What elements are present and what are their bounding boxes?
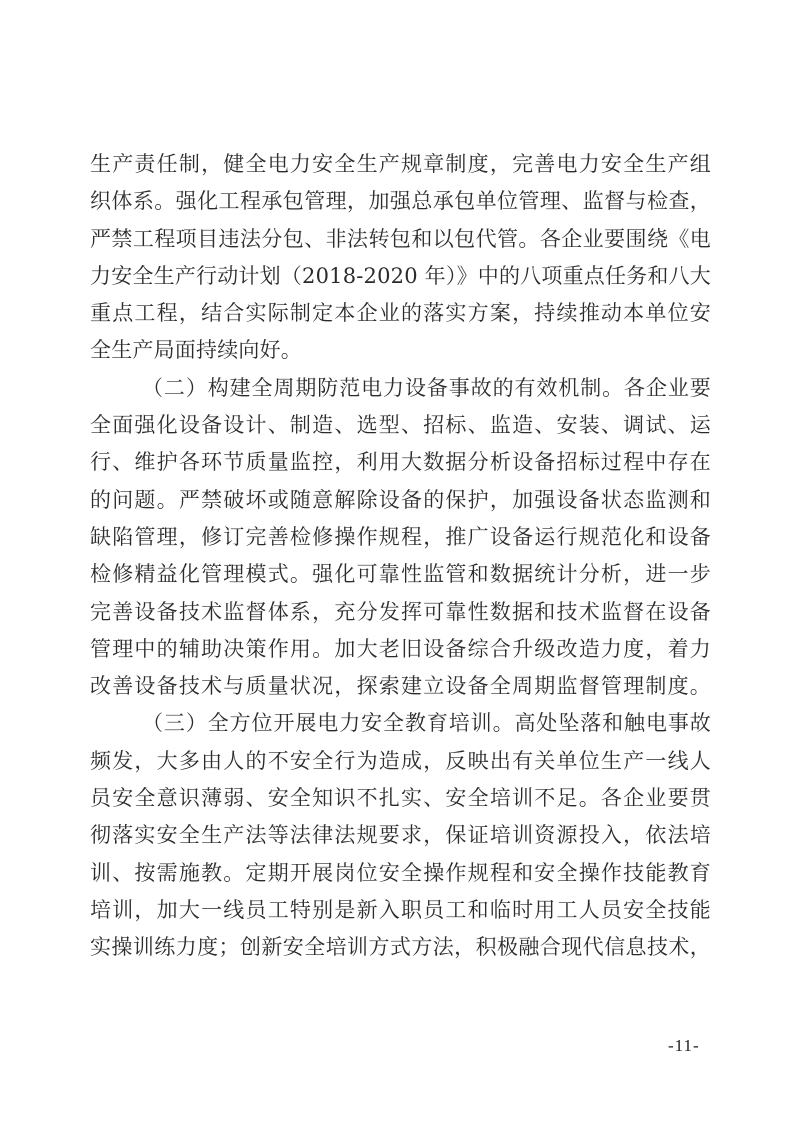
text-line: 重点工程，结合实际制定本企业的落实方案，持续推动本单位安 [90, 295, 711, 332]
page-number: -11- [668, 1036, 700, 1056]
text-line: 员安全意识薄弱、安全知识不扎实、安全培训不足。各企业要贯 [90, 780, 711, 817]
text-line: 织体系。强化工程承包管理，加强总承包单位管理、监督与检查， [90, 183, 711, 220]
text-line: 实操训练力度；创新安全培训方式方法，积极融合现代信息技术， [90, 929, 711, 966]
text-line: 检修精益化管理模式。强化可靠性监管和数据统计分析，进一步 [90, 556, 711, 593]
text-line: （二）构建全周期防范电力设备事故的有效机制。各企业要 [90, 370, 711, 407]
text-line: 全面强化设备设计、制造、选型、招标、监造、安装、调试、运 [90, 407, 711, 444]
text-line: 频发，大多由人的不安全行为造成，反映出有关单位生产一线人 [90, 743, 711, 780]
text-line: 行、维护各环节质量监控，利用大数据分析设备招标过程中存在 [90, 444, 711, 481]
text-line: 培训，加大一线员工特别是新入职员工和临时用工人员安全技能 [90, 892, 711, 929]
text-line: 全生产局面持续向好。 [90, 332, 711, 369]
paragraph-1: 生产责任制，健全电力安全生产规章制度，完善电力安全生产组 织体系。强化工程承包管… [90, 146, 711, 370]
text-line: 缺陷管理，修订完善检修操作规程，推广设备运行规范化和设备 [90, 519, 711, 556]
text-line: 训、按需施教。定期开展岗位安全操作规程和安全操作技能教育 [90, 855, 711, 892]
text-line: 彻落实安全生产法等法律法规要求，保证培训资源投入，依法培 [90, 817, 711, 854]
document-body-text: 生产责任制，健全电力安全生产规章制度，完善电力安全生产组 织体系。强化工程承包管… [90, 146, 711, 967]
text-line: 完善设备技术监督体系，充分发挥可靠性数据和技术监督在设备 [90, 594, 711, 631]
text-line: 严禁工程项目违法分包、非法转包和以包代管。各企业要围绕《电 [90, 221, 711, 258]
text-line: （三）全方位开展电力安全教育培训。高处坠落和触电事故 [90, 705, 711, 742]
text-line: 生产责任制，健全电力安全生产规章制度，完善电力安全生产组 [90, 146, 711, 183]
text-line: 改善设备技术与质量状况，探索建立设备全周期监督管理制度。 [90, 668, 711, 705]
document-page: 生产责任制，健全电力安全生产规章制度，完善电力安全生产组 织体系。强化工程承包管… [0, 0, 800, 1131]
text-line: 的问题。严禁破坏或随意解除设备的保护，加强设备状态监测和 [90, 482, 711, 519]
text-line: 管理中的辅助决策作用。加大老旧设备综合升级改造力度，着力 [90, 631, 711, 668]
text-line: 力安全生产行动计划（2018-2020 年）》中的八项重点任务和八大 [90, 258, 711, 295]
paragraph-2: （二）构建全周期防范电力设备事故的有效机制。各企业要 全面强化设备设计、制造、选… [90, 370, 711, 706]
paragraph-3: （三）全方位开展电力安全教育培训。高处坠落和触电事故 频发，大多由人的不安全行为… [90, 705, 711, 966]
